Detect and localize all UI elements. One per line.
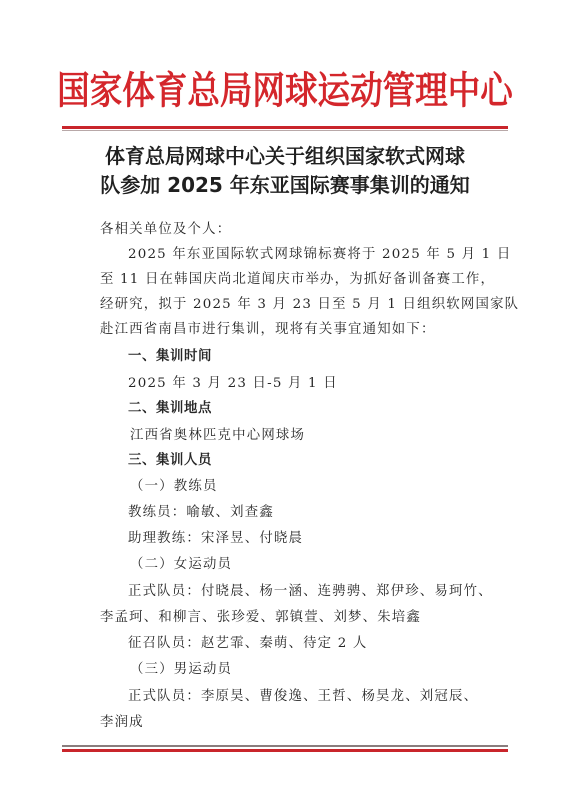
assistant-coaches: 助理教练：宋泽昱、付晓晨 <box>128 527 303 546</box>
section-content-time: 2025 年 3 月 23 日-5 月 1 日 <box>128 372 338 391</box>
salutation: 各相关单位及个人： <box>100 218 231 237</box>
title-line-2: 队参加 2025 年东亚国际赛事集训的通知 <box>0 171 570 200</box>
women-official-line-2: 李孟珂、和柳言、张珍爱、郭镇萱、刘梦、朱培鑫 <box>100 606 421 625</box>
title-line-1: 体育总局网球中心关于组织国家软式网球 <box>0 142 570 171</box>
masthead-organization: 国家体育总局网球运动管理中心 <box>20 70 550 113</box>
men-official-line-2: 李润成 <box>100 711 144 730</box>
intro-line: 至 11 日在韩国庆尚北道闻庆市举办，为抓好备训备赛工作， <box>100 268 495 287</box>
masthead-rule-red <box>62 126 508 129</box>
intro-line: 经研究，拟于 2025 年 3 月 23 日至 5 月 1 日组织软网国家队 <box>100 293 519 312</box>
head-coaches: 教练员：喻敏、刘查鑫 <box>128 501 274 520</box>
intro-line: 赴江西省南昌市进行集训，现将有关事宜通知如下： <box>100 318 436 337</box>
subheading-coaches: （一）教练员 <box>130 475 218 494</box>
women-official-line-1: 正式队员：付晓晨、杨一涵、连骋骋、郑伊珍、易珂竹、 <box>128 580 493 599</box>
subheading-men: （三）男运动员 <box>130 658 232 677</box>
intro-line: 2025 年东亚国际软式网球锦标赛将于 2025 年 5 月 1 日 <box>128 243 511 262</box>
section-heading-location: 二、集训地点 <box>128 397 212 416</box>
section-content-location: 江西省奥林匹克中心网球场 <box>130 424 305 443</box>
document-title: 体育总局网球中心关于组织国家软式网球 队参加 2025 年东亚国际赛事集训的通知 <box>0 142 570 200</box>
men-official-line-1: 正式队员：李原昊、曹俊逸、王哲、杨昊龙、刘冠辰、 <box>128 685 478 704</box>
women-called-up: 征召队员：赵艺霏、秦萌、待定 2 人 <box>128 632 368 651</box>
footer-rule-red <box>62 749 508 752</box>
section-heading-time: 一、集训时间 <box>128 345 212 364</box>
subheading-women: （二）女运动员 <box>130 553 232 572</box>
footer-rule-grey <box>62 745 508 747</box>
masthead-rule-grey <box>62 130 508 131</box>
section-heading-personnel: 三、集训人员 <box>128 449 212 468</box>
